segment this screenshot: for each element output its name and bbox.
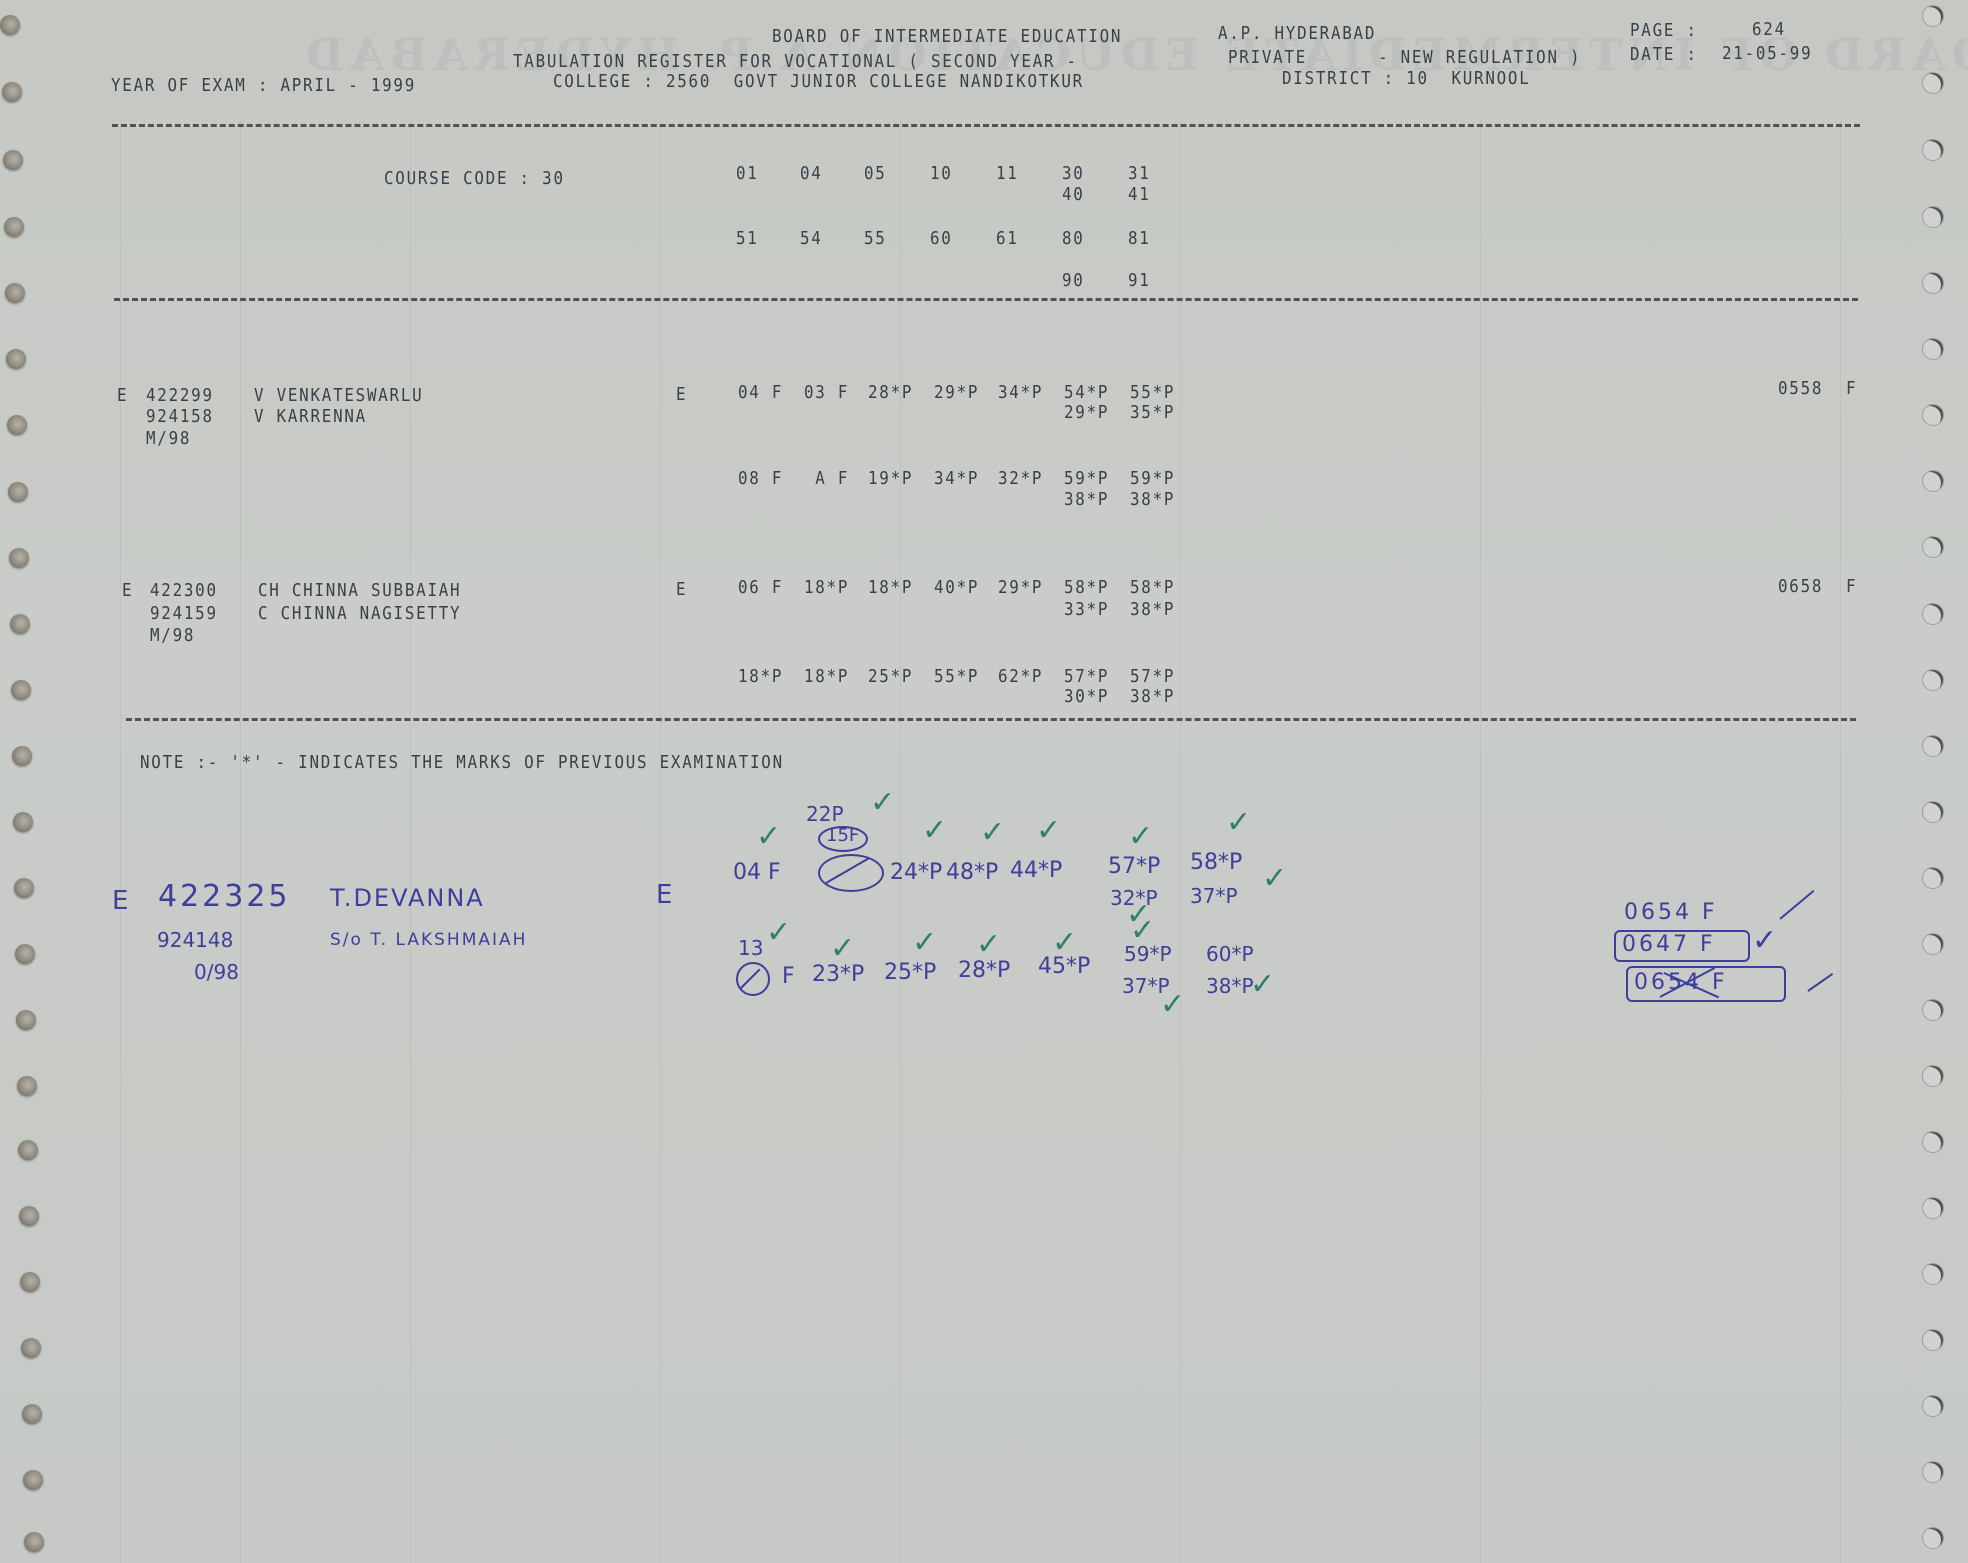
student-status: E xyxy=(117,387,128,405)
previous-exam: M/98 xyxy=(146,430,191,448)
hw-medium: E xyxy=(656,882,672,908)
hw-circled-mark: 15F xyxy=(826,827,859,845)
mark: 29*P xyxy=(1064,404,1109,422)
hw-father-name: S/o T. LAKSHMAIAH xyxy=(330,932,527,949)
hall-ticket-number: 422299 xyxy=(146,387,214,405)
ruling-line xyxy=(240,120,241,1563)
date-label: DATE : xyxy=(1630,46,1698,64)
mark: 38*P xyxy=(1130,491,1175,509)
separator-line xyxy=(126,718,1856,721)
hw-mark: 37*P xyxy=(1190,886,1238,906)
page-number: 624 xyxy=(1752,21,1786,39)
hw-mark: 48*P xyxy=(946,862,998,884)
hw-mark: F xyxy=(782,966,795,988)
hw-mark: 25*P xyxy=(884,962,936,984)
mark: 18*P xyxy=(868,579,913,597)
mark: 18*P xyxy=(804,668,849,686)
hw-mark: 04 F xyxy=(733,862,781,884)
mark: 30*P xyxy=(1064,688,1109,706)
hw-previous-exam: 0/98 xyxy=(194,962,239,982)
mark: 19*P xyxy=(868,470,913,488)
mark: 04 F xyxy=(738,384,783,402)
register-title: TABULATION REGISTER FOR VOCATIONAL ( SEC… xyxy=(513,53,1078,71)
hw-mark: 58*P xyxy=(1190,852,1242,874)
mark: 38*P xyxy=(1130,688,1175,706)
hw-mark: 28*P xyxy=(958,960,1010,982)
tabulation-register-sheet: BOARD OF INTERMEDIATE EDUCATION A.P. HYD… xyxy=(0,0,1968,1563)
ruling-line xyxy=(900,120,901,1563)
mark: 34*P xyxy=(998,384,1043,402)
mark: 54*P xyxy=(1064,384,1109,402)
hw-student-name: T.DEVANNA xyxy=(330,886,485,910)
ruling-line xyxy=(1840,120,1841,1563)
mark: 38*P xyxy=(1130,601,1175,619)
mark: A F xyxy=(804,470,849,488)
hw-correction: 22P xyxy=(806,804,844,824)
hw-mark: 44*P xyxy=(1010,860,1062,882)
mark: 57*P xyxy=(1064,668,1109,686)
mark: 29*P xyxy=(998,579,1043,597)
mark: 03 F xyxy=(804,384,849,402)
registration-number: 924158 xyxy=(146,408,214,426)
mark: 08 F xyxy=(738,470,783,488)
hw-total-rejected: 0654 F xyxy=(1634,972,1728,994)
medium: E xyxy=(676,386,687,404)
district: DISTRICT : 10 KURNOOL xyxy=(1282,70,1531,88)
result: F xyxy=(1846,380,1857,398)
hw-registration-number: 924148 xyxy=(157,930,233,950)
ruling-line xyxy=(660,120,661,1563)
page-label: PAGE : xyxy=(1630,22,1698,40)
mark: 55*P xyxy=(934,668,979,686)
student-name: V VENKATESWARLU xyxy=(254,387,423,405)
mark: 32*P xyxy=(998,470,1043,488)
year-of-exam: YEAR OF EXAM : APRIL - 1999 xyxy=(111,77,416,95)
hw-mark: 23*P xyxy=(812,964,864,986)
mark: 58*P xyxy=(1064,579,1109,597)
student-status: E xyxy=(122,582,133,600)
mark: 34*P xyxy=(934,470,979,488)
ruling-line xyxy=(120,120,121,1563)
exam-category: PRIVATE xyxy=(1228,49,1307,67)
hw-total-accepted: 0647 F xyxy=(1622,934,1716,956)
board-title: BOARD OF INTERMEDIATE EDUCATION xyxy=(772,28,1122,46)
hw-mark: 57*P xyxy=(1108,856,1160,878)
mark: 57*P xyxy=(1130,668,1175,686)
ruling-line xyxy=(1180,120,1181,1563)
separator-line xyxy=(112,124,1860,127)
hw-circle xyxy=(818,854,884,892)
hw-hall-ticket: 422325 xyxy=(158,882,291,912)
hw-correction: 13 xyxy=(738,938,763,958)
mark: 59*P xyxy=(1064,470,1109,488)
separator-line xyxy=(114,298,1858,301)
total-marks: 0558 xyxy=(1778,380,1823,398)
mark: 38*P xyxy=(1064,491,1109,509)
board-location: A.P. HYDERABAD xyxy=(1218,25,1376,43)
reject-mark-icon xyxy=(1807,973,1833,992)
mark: 06 F xyxy=(738,579,783,597)
mark: 55*P xyxy=(1130,384,1175,402)
course-code: COURSE CODE : 30 xyxy=(384,170,565,188)
hw-mark: 60*P xyxy=(1206,944,1254,964)
total-marks: 0658 xyxy=(1778,578,1823,596)
mark: 59*P xyxy=(1130,470,1175,488)
previous-exam: M/98 xyxy=(150,627,195,645)
hw-strike xyxy=(1779,890,1814,920)
mark: 29*P xyxy=(934,384,979,402)
mark: 35*P xyxy=(1130,404,1175,422)
mark: 40*P xyxy=(934,579,979,597)
mark: 25*P xyxy=(868,668,913,686)
accept-tick-icon: ✓ xyxy=(1752,926,1777,956)
student-name: CH CHINNA SUBBAIAH xyxy=(258,582,461,600)
ruling-line xyxy=(410,120,411,1563)
mark: 58*P xyxy=(1130,579,1175,597)
hw-mark: 24*P xyxy=(890,862,942,884)
father-name: V KARRENNA xyxy=(254,408,367,426)
registration-number: 924159 xyxy=(150,605,218,623)
mark: 33*P xyxy=(1064,601,1109,619)
father-name: C CHINNA NAGISETTY xyxy=(258,605,461,623)
ruling-line xyxy=(1480,120,1481,1563)
regulation: - NEW REGULATION ) xyxy=(1378,49,1581,67)
hw-total-original: 0654 F xyxy=(1624,902,1718,924)
medium: E xyxy=(676,581,687,599)
college: COLLEGE : 2560 GOVT JUNIOR COLLEGE NANDI… xyxy=(553,73,1084,91)
mark: 18*P xyxy=(738,668,783,686)
footnote: NOTE :- '*' - INDICATES THE MARKS OF PRE… xyxy=(140,754,784,772)
hw-circle xyxy=(736,962,770,996)
mark: 28*P xyxy=(868,384,913,402)
print-date: 21-05-99 xyxy=(1722,45,1812,63)
mark: 62*P xyxy=(998,668,1043,686)
result: F xyxy=(1846,578,1857,596)
mark: 18*P xyxy=(804,579,849,597)
hall-ticket-number: 422300 xyxy=(150,582,218,600)
hw-status: E xyxy=(112,888,128,914)
hw-mark: 38*P xyxy=(1206,976,1254,996)
